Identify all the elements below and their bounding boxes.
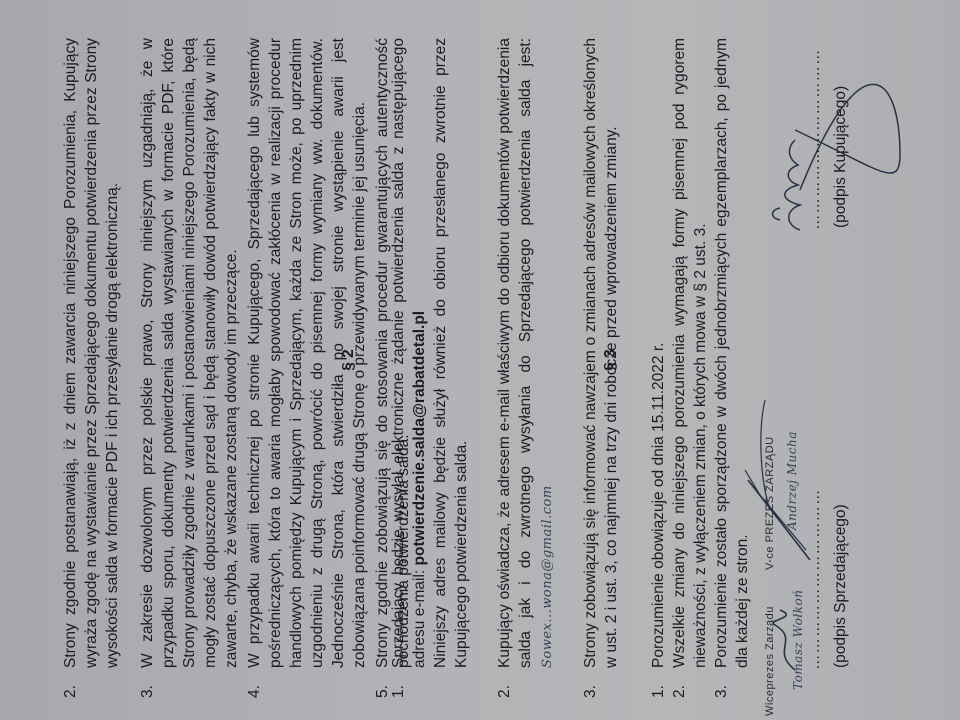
section-2-heading: § 2 [338,0,359,720]
seller-email: potwierdzenie.salda@rabatdetal.pl [411,311,428,566]
contract-page: 2. Strony zgodnie postanawiają, iż z dni… [0,0,960,720]
section-3-item-1: 1. Porozumienie obowiązuje od dnia 15.11… [648,0,669,720]
section-3-heading: § 3 [600,0,621,720]
section-2-items: 1. Sprzedający będzie wysyłał elektronic… [388,0,622,720]
seller-signature-label: (podpis Sprzedającego) [830,504,851,668]
section-2-item-1: 1. Sprzedający będzie wysyłał elektronic… [388,0,472,720]
section-1-item-2: 2. Strony zgodnie postanawiają, iż z dni… [60,0,123,720]
section-3-item-2: 2. Wszelkie zmiany do niniejszego porozu… [669,0,711,720]
section-1-items: 2. Strony zgodnie postanawiają, iż z dni… [60,0,414,720]
section-2: § 2 [338,0,359,720]
section-2-item-2: 2. Kupujący oświadcza, że adresem e-mail… [494,0,558,720]
seller-signature-scribble-icon [740,380,820,680]
section-1-item-3: 3. W zakresie dozwolonym przez polskie p… [137,0,242,720]
buyer-signature-scribble-icon [740,30,910,250]
buyer-email-handwritten: Sowex...wona@gmail.com [540,485,555,668]
section-3: § 3 [600,0,621,720]
photo-background: 2. Strony zgodnie postanawiają, iż z dni… [0,0,960,720]
section-3-items: 1. Porozumienie obowiązuje od dnia 15.11… [648,0,753,720]
